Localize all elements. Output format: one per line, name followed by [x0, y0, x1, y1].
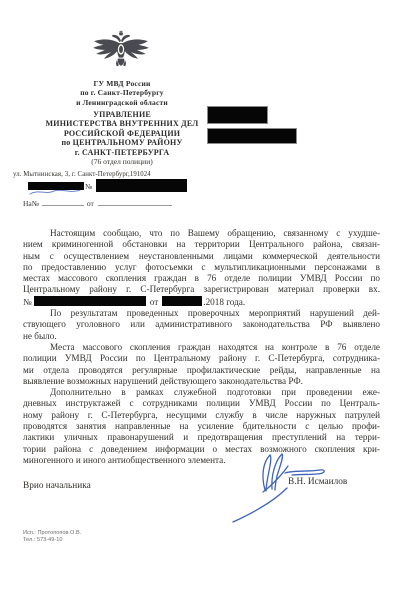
- redaction-box-addressee-2: [208, 129, 296, 143]
- letterhead-line: МИНИСТЕРСТВА ВНУТРЕННИХ ДЕЛ: [14, 119, 230, 128]
- org-parent-name: ГУ МВД Россиипо г. Санкт-Петербургуи Лен…: [18, 79, 226, 107]
- reference-na-label: На№: [23, 199, 39, 208]
- paragraph-line: полиции УМВД России по Центральному райо…: [23, 353, 380, 364]
- redaction-box: [162, 296, 202, 306]
- paragraph: По результатам проведенных проверочных м…: [23, 308, 380, 342]
- paragraph-line: тории района с доведением информации о м…: [23, 444, 380, 455]
- paragraph-line: проводятся занятия направленные на усиле…: [23, 421, 380, 432]
- paragraph-line: Дополнительно в рамках служебной подгото…: [23, 387, 380, 398]
- paragraph-line: дневных инструктажей с сотрудниками поли…: [23, 398, 380, 409]
- scanned-letter-page: ГУ МВД Россиипо г. Санкт-Петербургуи Лен…: [0, 0, 400, 592]
- paragraph: Дополнительно в рамках служебной подгото…: [23, 387, 380, 466]
- letterhead-line: и Ленинградской области: [18, 98, 226, 107]
- paragraph-line: нием криминогенной обстановки на террито…: [23, 239, 380, 250]
- org-address: ул. Мытнинская, 3, г. Санкт-Петербург,19…: [13, 171, 233, 178]
- paragraph-line: ствующего уголовного или административно…: [23, 319, 380, 330]
- ot-label: от: [150, 297, 159, 307]
- year-text: .2018 года.: [203, 297, 245, 307]
- reference-ot-label: от: [87, 199, 94, 208]
- redaction-box: [96, 179, 187, 192]
- paragraph-line: Центральному району г. С-Петербурга заре…: [23, 284, 380, 295]
- signer-position: Врио начальника: [23, 481, 91, 491]
- outgoing-number-line: №: [0, 178, 240, 198]
- org-subdivision: (76 отдел полиции): [14, 157, 230, 166]
- redaction-box: [28, 182, 84, 190]
- executor-phone: Тел.: 573-49-10: [23, 537, 81, 544]
- number-sign: №: [85, 182, 92, 191]
- paragraph: Места массового скопления граждан находя…: [23, 342, 380, 387]
- reference-line: На№от: [23, 198, 243, 208]
- letterhead-line: УПРАВЛЕНИЕ: [14, 110, 230, 119]
- letter-body: Настоящим сообщаю, что по Вашему обращен…: [23, 228, 380, 466]
- paragraph-line: миногенного и иного антиобщественного эл…: [23, 455, 380, 466]
- letterhead-line: ГУ МВД России: [18, 79, 226, 88]
- mvd-double-headed-eagle-icon: [90, 28, 152, 78]
- paragraph-line: местах массового скопления граждан в 76 …: [23, 273, 380, 284]
- executor-block: Исп.: Протопопов О.В. Тел.: 573-49-10: [23, 530, 81, 544]
- redaction-box: [34, 296, 146, 306]
- executor-name: Исп.: Протопопов О.В.: [23, 530, 81, 537]
- paragraph-line: выявление возможных нарушений действующе…: [23, 376, 380, 387]
- paragraph-line: Настоящим сообщаю, что по Вашему обращен…: [23, 228, 380, 239]
- signer-name: В.Н. Исмаилов: [288, 477, 347, 487]
- letterhead-line: РОССИЙСКОЙ ФЕДЕРАЦИИ: [14, 129, 230, 138]
- paragraph-line: по предоставлению услуг фотосъемки с мул…: [23, 262, 380, 273]
- paragraph-line: Места массового скопления граждан находя…: [23, 342, 380, 353]
- paragraph-line: По результатам проведенных проверочных м…: [23, 308, 380, 319]
- paragraph-line-redacted: №от.2018 года.: [23, 296, 380, 308]
- paragraph-line: ному району г. С-Петербурга, несущими сл…: [23, 410, 380, 421]
- paragraph: Настоящим сообщаю, что по Вашему обращен…: [23, 228, 380, 308]
- paragraph-line: лактики уличных правонарушений и предотв…: [23, 432, 380, 443]
- redaction-box-addressee-1: [208, 107, 267, 123]
- letterhead-line: г. САНКТ-ПЕТЕРБУРГА: [14, 148, 230, 157]
- letterhead-line: по г. Санкт-Петербургу: [18, 88, 226, 97]
- number-sign: №: [23, 297, 32, 307]
- paragraph-line: не было.: [23, 331, 380, 342]
- paragraph-line: ным с осуществлением неустановленными ли…: [23, 251, 380, 262]
- blank-line: [98, 198, 172, 206]
- letterhead-line: по ЦЕНТРАЛЬНОМУ РАЙОНУ: [14, 138, 230, 147]
- org-name: УПРАВЛЕНИЕМИНИСТЕРСТВА ВНУТРЕННИХ ДЕЛРОС…: [14, 110, 230, 157]
- paragraph-line: ми отдела проводятся регулярные профилак…: [23, 365, 380, 376]
- blank-line: [42, 198, 84, 206]
